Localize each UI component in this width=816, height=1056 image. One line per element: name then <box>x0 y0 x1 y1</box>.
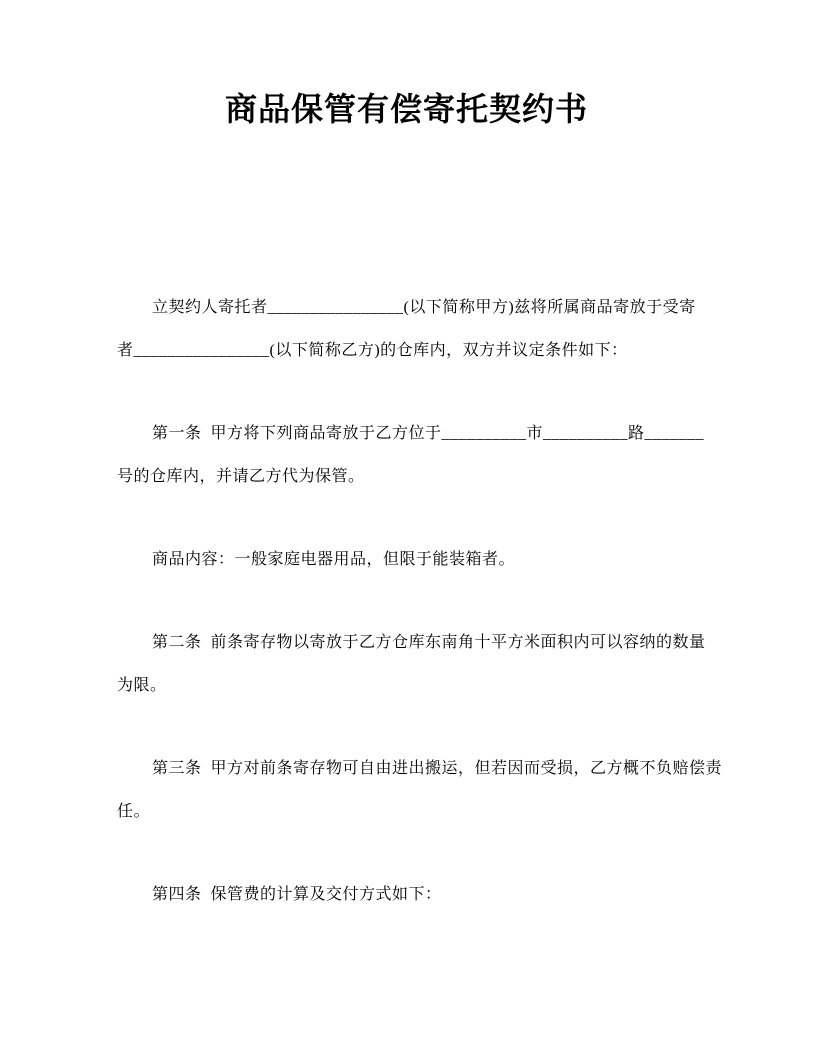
document-title: 商品保管有偿寄托契约书 <box>117 88 696 130</box>
paragraph-goods-content: 商品内容：一般家庭电器用品，但限于能装箱者。 <box>117 538 696 581</box>
paragraph-article-3: 第三条 甲方对前条寄存物可自由进出搬运，但若因而受损，乙方概不负赔偿责 任。 <box>117 747 696 833</box>
paragraph-article-1: 第一条 甲方将下列商品寄放于乙方位于__________市__________路… <box>117 412 696 498</box>
paragraph-article-2: 第二条 前条寄存物以寄放于乙方仓库东南角十平方米面积内可以容纳的数量 为限。 <box>117 621 696 707</box>
paragraph-line: 第二条 前条寄存物以寄放于乙方仓库东南角十平方米面积内可以容纳的数量 <box>117 621 696 664</box>
paragraph-line: 商品内容：一般家庭电器用品，但限于能装箱者。 <box>117 538 696 581</box>
paragraph-preamble: 立契约人寄托者________________(以下简称甲方)兹将所属商品寄放于… <box>117 286 696 372</box>
paragraph-line: 第三条 甲方对前条寄存物可自由进出搬运，但若因而受损，乙方概不负赔偿责 <box>117 747 696 790</box>
paragraph-article-4: 第四条 保管费的计算及交付方式如下： <box>117 873 696 916</box>
paragraph-line: 立契约人寄托者________________(以下简称甲方)兹将所属商品寄放于… <box>117 286 696 329</box>
paragraph-line: 者________________(以下简称乙方)的仓库内，双方并议定条件如下： <box>117 329 696 372</box>
paragraph-line: 第一条 甲方将下列商品寄放于乙方位于__________市__________路… <box>117 412 696 455</box>
paragraph-line: 第四条 保管费的计算及交付方式如下： <box>117 873 696 916</box>
paragraph-line: 为限。 <box>117 664 696 707</box>
document-page: 商品保管有偿寄托契约书 立契约人寄托者________________(以下简称… <box>0 0 816 1056</box>
document-content: 商品保管有偿寄托契约书 立契约人寄托者________________(以下简称… <box>0 0 816 1056</box>
paragraph-line: 号的仓库内，并请乙方代为保管。 <box>117 455 696 498</box>
paragraph-line: 任。 <box>117 790 696 833</box>
